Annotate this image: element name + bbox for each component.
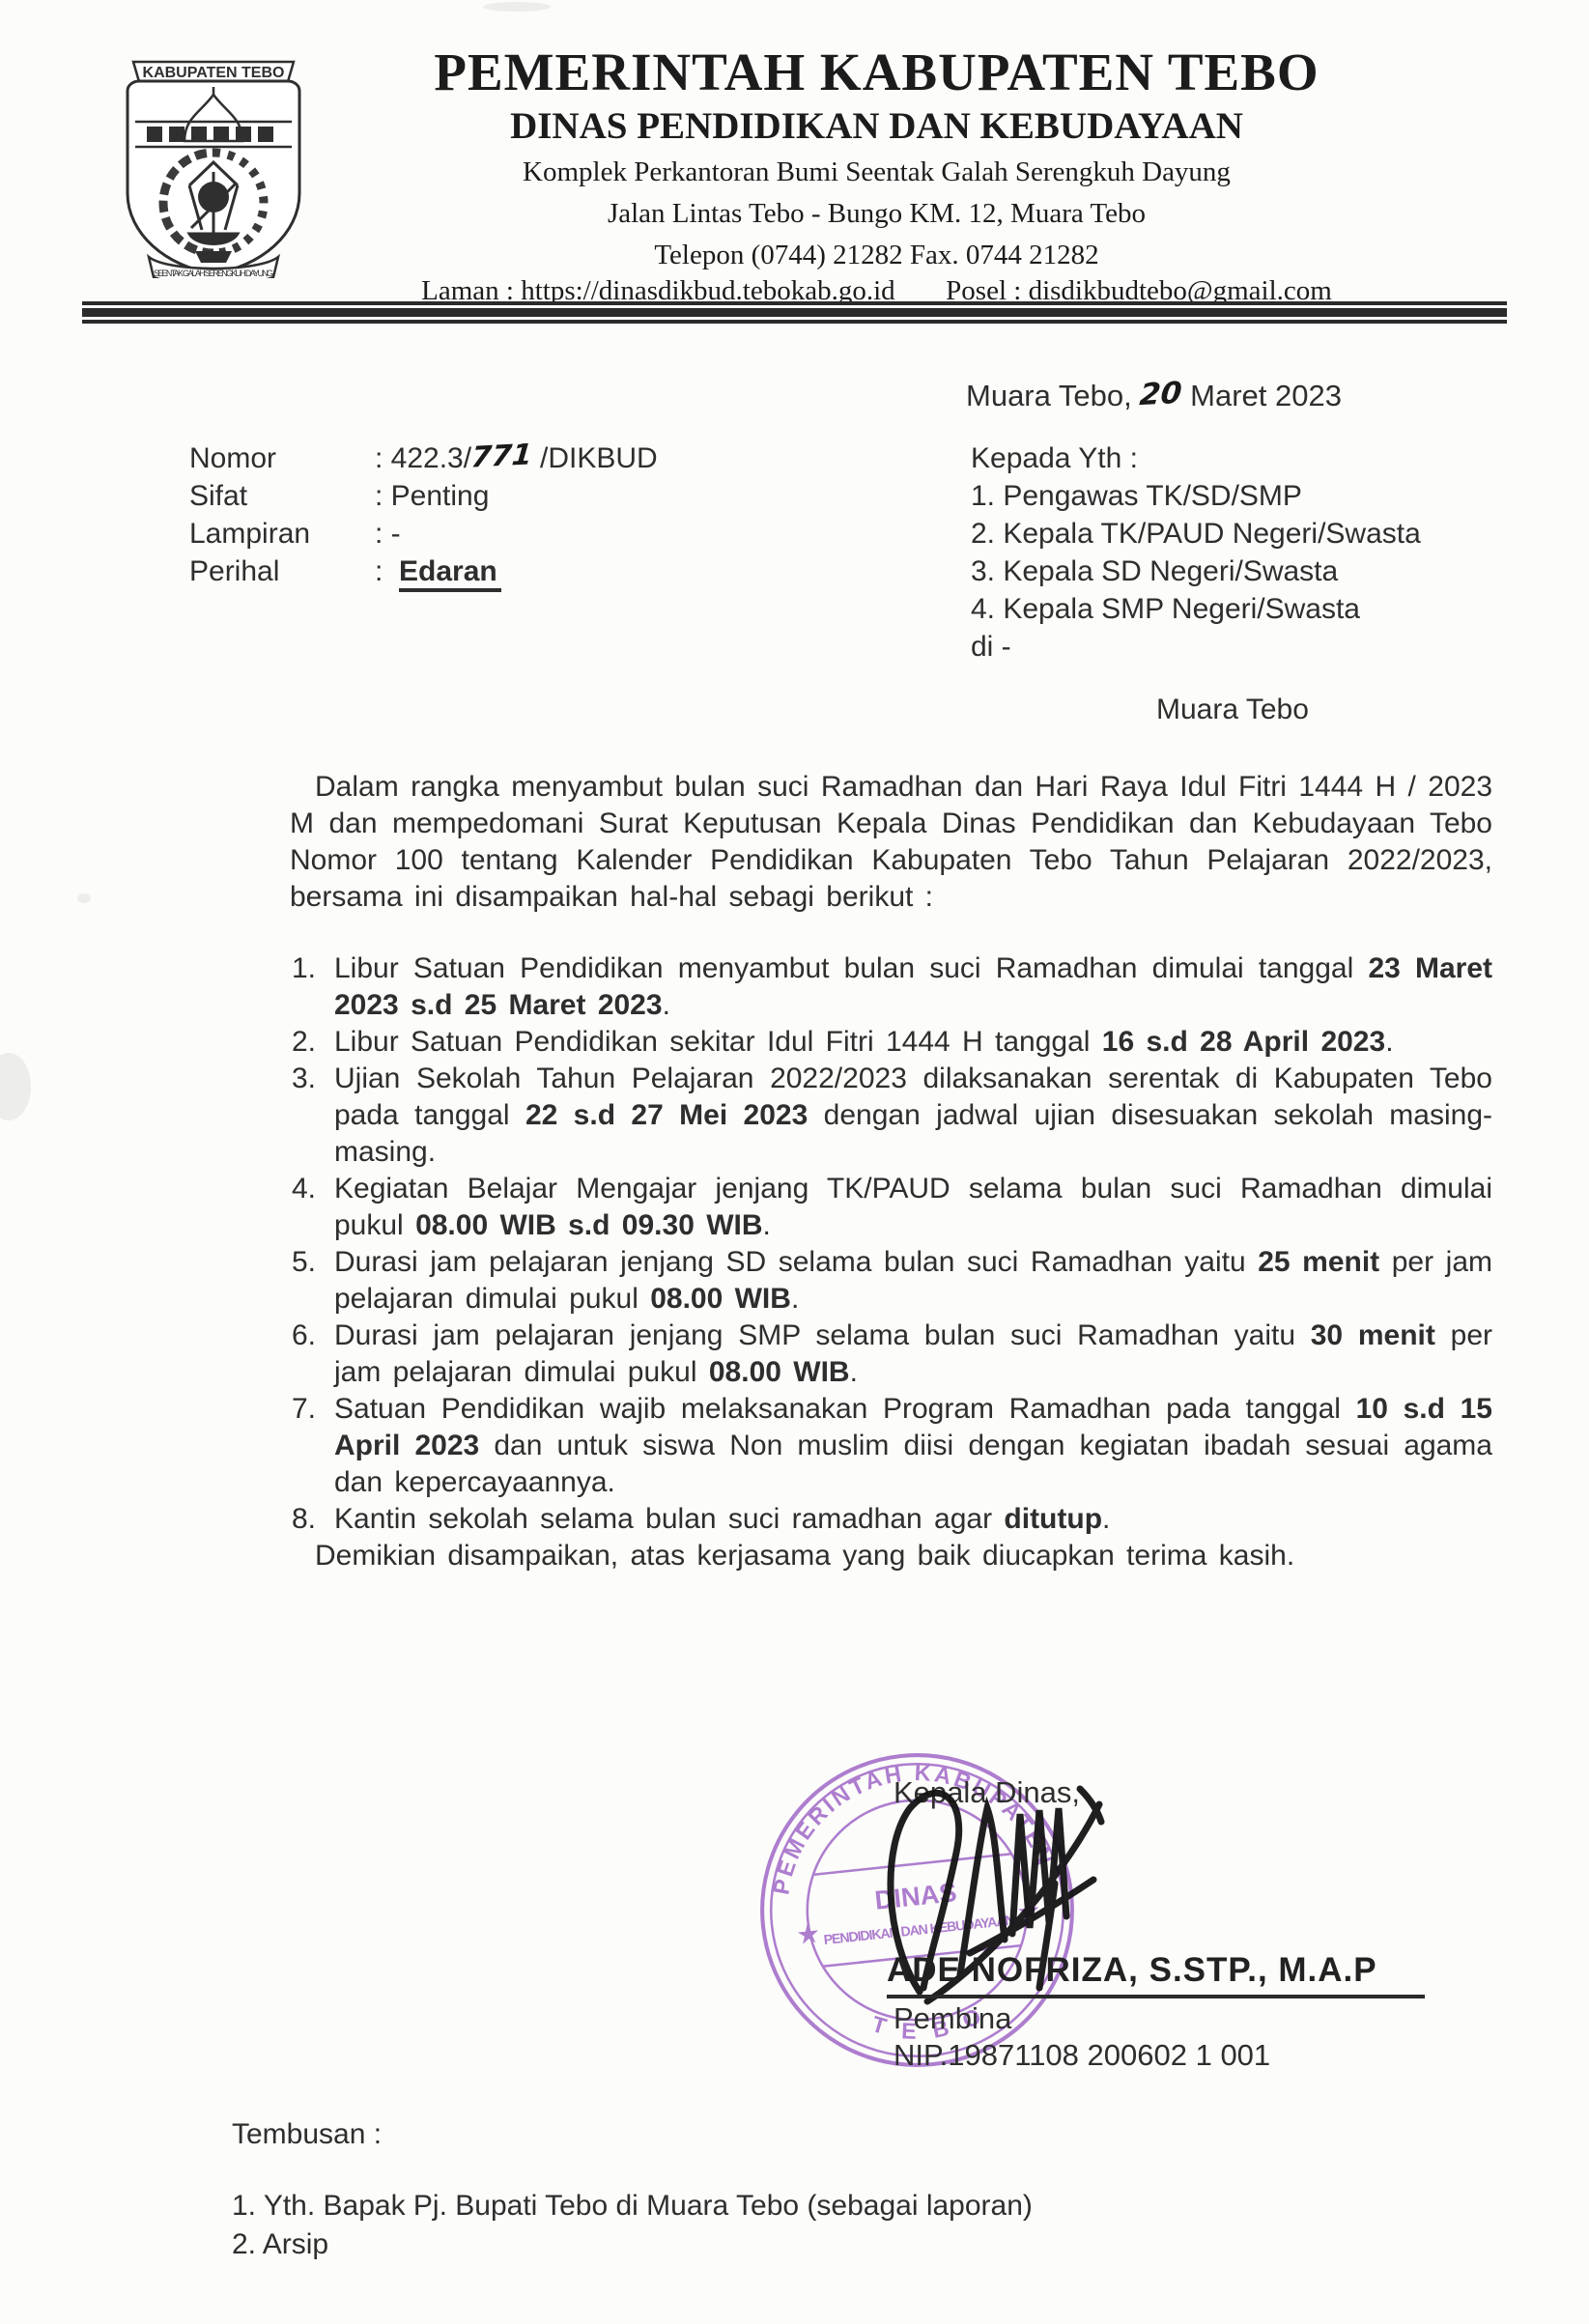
- list-item-text: Satuan Pendidikan wajib melaksanakan Pro…: [334, 1393, 1492, 1498]
- signatory-name: ADE NOFRIZA, S.STP., M.A.P: [887, 1951, 1425, 1998]
- list-item: 4. Kegiatan Belajar Mengajar jenjang TK/…: [334, 1171, 1492, 1244]
- list-item-text: Libur Satuan Pendidikan menyambut bulan …: [334, 952, 1492, 1021]
- list-item-number: 3.: [292, 1061, 316, 1097]
- meta-row-lampiran: Lampiran : -: [189, 515, 658, 553]
- list-item: 7. Satuan Pendidikan wajib melaksanakan …: [334, 1391, 1492, 1501]
- list-item: 8. Kantin sekolah selama bulan suci rama…: [334, 1501, 1492, 1538]
- list-item: 3. Ujian Sekolah Tahun Pelajaran 2022/20…: [334, 1061, 1492, 1171]
- nomor-handwritten: 771: [469, 436, 533, 476]
- letter-meta: Nomor : 422.3/771 /DIKBUD Sifat : Pentin…: [189, 439, 658, 590]
- tembusan-list: 1. Yth. Bapak Pj. Bupati Tebo di Muara T…: [232, 2187, 1033, 2264]
- list-item-number: 4.: [292, 1171, 316, 1207]
- body-numbered-list: 1. Libur Satuan Pendidikan menyambut bul…: [290, 950, 1492, 1538]
- recipient-item: 4. Kepala SMP Negeri/Swasta: [971, 590, 1421, 628]
- list-item-text: Durasi jam pelajaran jenjang SMP selama …: [334, 1319, 1492, 1388]
- stamp-star-left: ★: [797, 1921, 821, 1949]
- recipients-city: Muara Tebo: [1156, 691, 1421, 728]
- meta-row-perihal: Perihal : Edaran: [189, 553, 658, 590]
- list-item-number: 1.: [292, 950, 316, 987]
- list-item-text: Kantin sekolah selama bulan suci ramadha…: [334, 1503, 1110, 1535]
- perihal-label: Perihal: [189, 553, 375, 590]
- recipients-heading: Kepada Yth :: [971, 439, 1421, 477]
- list-item: 6. Durasi jam pelajaran jenjang SMP sela…: [334, 1318, 1492, 1391]
- tembusan-block: Tembusan : 1. Yth. Bapak Pj. Bupati Tebo…: [232, 2115, 1033, 2264]
- dateline-city: Muara Tebo,: [966, 379, 1132, 412]
- scan-artifact: [483, 2, 551, 12]
- list-item-text: Libur Satuan Pendidikan sekitar Idul Fit…: [334, 1026, 1394, 1058]
- address-line-1: Komplek Perkantoran Bumi Seentak Galah S…: [246, 155, 1507, 190]
- list-item: 5. Durasi jam pelajaran jenjang SD selam…: [334, 1244, 1492, 1318]
- list-item-number: 8.: [292, 1501, 316, 1538]
- phone-line: Telepon (0744) 21282 Fax. 0744 21282: [246, 238, 1507, 273]
- address-line-2: Jalan Lintas Tebo - Bungo KM. 12, Muara …: [246, 196, 1507, 232]
- department-title: DINAS PENDIDIKAN DAN KEBUDAYAAN: [246, 104, 1507, 149]
- signatory-nip: NIP.19871108 200602 1 001: [894, 2038, 1270, 2073]
- letterhead: PEMERINTAH KABUPATEN TEBO DINAS PENDIDIK…: [246, 43, 1507, 309]
- recipient-item: 3. Kepala SD Negeri/Swasta: [971, 553, 1421, 590]
- recipients-block: Kepada Yth : 1. Pengawas TK/SD/SMP 2. Ke…: [971, 439, 1421, 728]
- intro-paragraph: Dalam rangka menyambut bulan suci Ramadh…: [290, 769, 1492, 916]
- list-item: 1. Libur Satuan Pendidikan menyambut bul…: [334, 950, 1492, 1024]
- list-item-text: Kegiatan Belajar Mengajar jenjang TK/PAU…: [334, 1173, 1492, 1241]
- sifat-label: Sifat: [189, 477, 375, 515]
- perihal-subject: Edaran: [399, 555, 501, 592]
- meta-row-sifat: Sifat : Penting: [189, 477, 658, 515]
- recipient-item: 1. Pengawas TK/SD/SMP: [971, 477, 1421, 515]
- sifat-value: : Penting: [375, 477, 489, 515]
- list-item-number: 6.: [292, 1318, 316, 1354]
- list-item-number: 5.: [292, 1244, 316, 1281]
- dateline-day-handwritten: 20: [1139, 376, 1184, 412]
- scan-artifact: [0, 1053, 31, 1120]
- meta-row-nomor: Nomor : 422.3/771 /DIKBUD: [189, 439, 658, 477]
- signatory-rank: Pembina: [894, 2001, 1011, 2036]
- perihal-value: : Edaran: [375, 553, 501, 590]
- tembusan-heading: Tembusan :: [232, 2115, 1033, 2154]
- list-item-text: Ujian Sekolah Tahun Pelajaran 2022/2023 …: [334, 1063, 1492, 1168]
- list-item-number: 7.: [292, 1391, 316, 1428]
- government-title: PEMERINTAH KABUPATEN TEBO: [246, 43, 1507, 102]
- letter-body: Dalam rangka menyambut bulan suci Ramadh…: [290, 769, 1492, 1574]
- list-item: 2. Libur Satuan Pendidikan sekitar Idul …: [334, 1024, 1492, 1061]
- tembusan-item: 2. Arsip: [232, 2225, 1033, 2264]
- nomor-value: : 422.3/771 /DIKBUD: [375, 439, 658, 477]
- recipients-list: 1. Pengawas TK/SD/SMP 2. Kepala TK/PAUD …: [971, 477, 1421, 628]
- dateline: Muara Tebo, 20 Maret 2023: [966, 379, 1342, 413]
- scan-artifact: [77, 893, 91, 903]
- letterhead-divider: [82, 301, 1507, 326]
- lampiran-label: Lampiran: [189, 515, 375, 553]
- list-item-text: Durasi jam pelajaran jenjang SD selama b…: [334, 1246, 1492, 1315]
- lampiran-value: : -: [375, 515, 401, 553]
- closing-paragraph: Demikian disampaikan, atas kerjasama yan…: [290, 1538, 1492, 1574]
- scanned-letter-page: KABUPATEN TEBO SEENTAK GALAH SERENGKUH D…: [0, 0, 1589, 2324]
- nomor-label: Nomor: [189, 439, 375, 477]
- dateline-month-year: Maret 2023: [1190, 379, 1342, 412]
- recipient-item: 2. Kepala TK/PAUD Negeri/Swasta: [971, 515, 1421, 553]
- recipients-di: di -: [971, 628, 1421, 666]
- tembusan-item: 1. Yth. Bapak Pj. Bupati Tebo di Muara T…: [232, 2187, 1033, 2225]
- list-item-number: 2.: [292, 1024, 316, 1061]
